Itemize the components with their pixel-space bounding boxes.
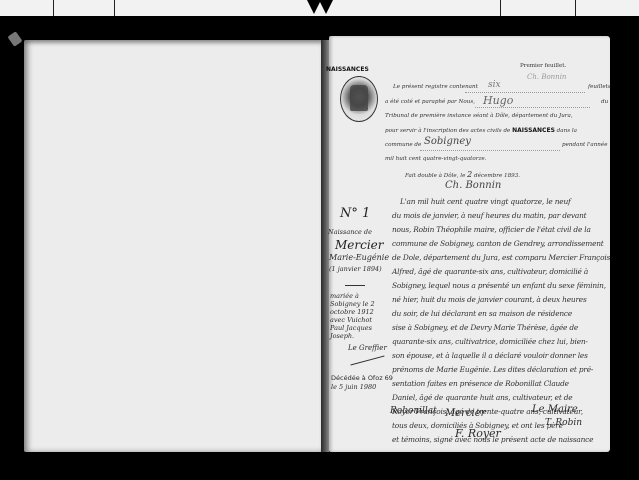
strip-divider xyxy=(53,0,54,16)
sheet-signature: Ch. Bonnin xyxy=(527,73,566,81)
death-note: Décédée à Ofoz 69 le 5 juin 1980 xyxy=(331,374,393,392)
top-film-strip xyxy=(0,0,639,16)
signature-father: Mercier xyxy=(445,408,485,419)
section-heading: NAISSANCES xyxy=(326,66,369,73)
sheet-count: six xyxy=(488,80,501,90)
preamble-line5: commune de xyxy=(385,142,421,148)
preamble-signature: Ch. Bonnin xyxy=(445,180,501,191)
margin-annotation: mariée à Sobigney le 2 octobre 1912 avec… xyxy=(330,292,375,340)
book-spine xyxy=(321,40,329,452)
frame-marker-triangle-icon xyxy=(319,0,333,14)
entry-given-names: Marie-Eugénie xyxy=(329,253,389,262)
preamble-line4: pour servir à l'inscription des actes ci… xyxy=(385,127,577,134)
sheet-label: Premier feuillet. xyxy=(520,63,566,69)
left-page-blank xyxy=(24,40,323,452)
signature-mayor-title: Le Maire xyxy=(532,404,578,415)
margin-divider xyxy=(345,285,365,286)
commune-name: Sobigney xyxy=(424,136,471,147)
strip-divider xyxy=(575,0,576,16)
signature-witness2: F. Royer xyxy=(455,427,501,440)
preamble-line6: mil huit cent quatre-vingt-quatorze. xyxy=(385,156,487,162)
preamble-line1-suffix: feuillets xyxy=(588,84,611,90)
signature-mayor: T. Robin xyxy=(545,418,582,428)
entry-number: N° 1 xyxy=(340,206,370,221)
margin-signature: Le Greffier xyxy=(348,344,387,352)
republic-seal-icon xyxy=(340,76,378,122)
bookmark-tab xyxy=(7,31,22,47)
strip-divider xyxy=(500,0,501,16)
preamble-line7: Fait double à Dôle, le 2 décembre 1893. xyxy=(405,170,520,179)
fill-line xyxy=(465,92,585,93)
fill-line xyxy=(420,150,560,151)
preamble-line1: Le présent registre contenant xyxy=(393,84,478,90)
judge-name: Hugo xyxy=(483,94,513,107)
signature-witness1: Robonillat xyxy=(390,406,437,416)
fill-line xyxy=(475,107,590,108)
preamble-line2: a été coté et paraphé par Nous, xyxy=(385,99,475,105)
strip-divider xyxy=(114,0,115,16)
preamble-line5-suffix: pendant l'année xyxy=(562,142,608,148)
entry-surname: Mercier xyxy=(335,238,384,252)
preamble-line3: Tribunal de première instance séant à Dô… xyxy=(385,113,573,119)
preamble-line2-suffix: du xyxy=(601,99,608,105)
entry-date-note: (1 janvier 1894) xyxy=(329,265,382,273)
entry-margin-label: Naissance de xyxy=(328,228,372,236)
